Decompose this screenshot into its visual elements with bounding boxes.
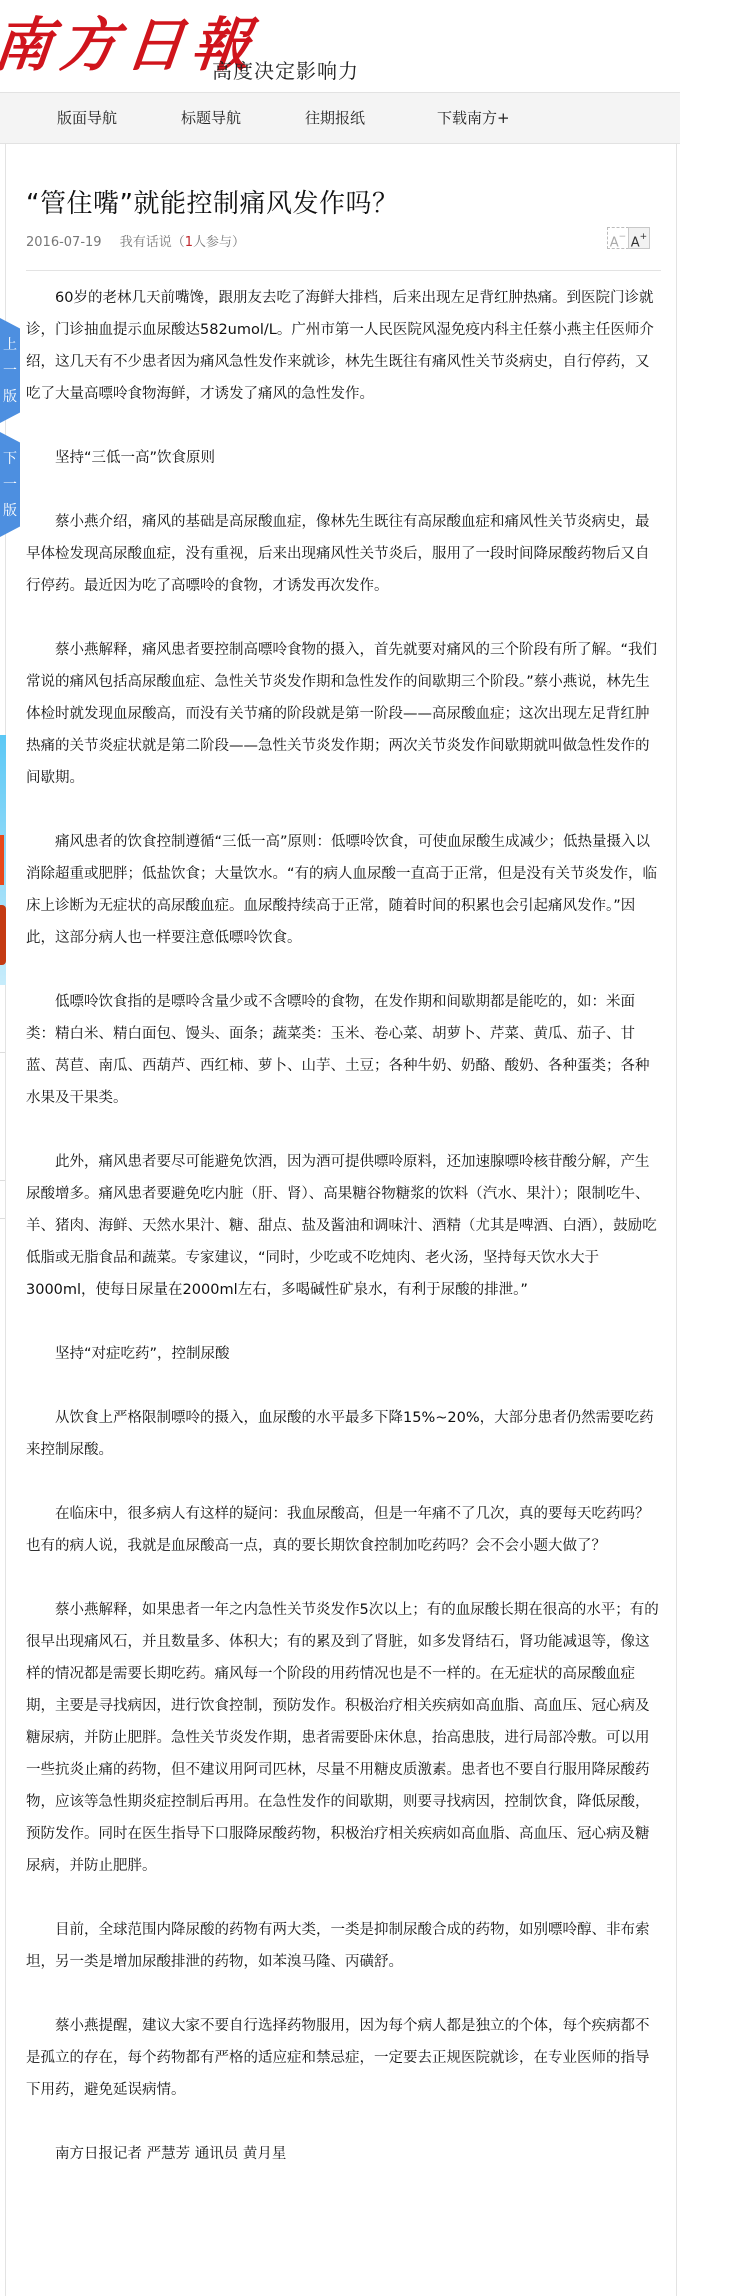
comment-link[interactable]: 我有话说（1人参与）: [120, 235, 245, 250]
minus-icon: −: [619, 232, 627, 242]
plus-icon: +: [640, 232, 648, 242]
nav-past-issues[interactable]: 往期报纸: [305, 107, 365, 128]
paragraph: 此外，痛风患者要尽可能避免饮酒，因为酒可提供嘌呤原料，还加速腺嘌呤核苷酸分解，产…: [26, 1146, 661, 1306]
font-decrease-button[interactable]: A−: [607, 227, 629, 249]
article-title: “管住嘴”就能控制痛风发作吗？: [26, 183, 398, 220]
paragraph: 在临床中，很多病人有这样的疑问：我血尿酸高，但是一年痛不了几次，真的要每天吃药吗…: [26, 1498, 661, 1562]
meta-divider: [26, 270, 661, 271]
next-page-tab[interactable]: 下一版: [0, 432, 20, 537]
font-increase-icon: A: [631, 235, 640, 250]
prev-page-tab[interactable]: 上一版: [0, 318, 20, 423]
ad-decoration: [0, 835, 4, 885]
article-container: “管住嘴”就能控制痛风发作吗？ 2016-07-19 我有话说（1人参与） A−…: [5, 144, 677, 2296]
nav-page-navigation[interactable]: 版面导航: [57, 107, 117, 128]
section-heading: 坚持“对症吃药”，控制尿酸: [26, 1338, 661, 1370]
comment-count: 1: [185, 235, 193, 250]
paragraph: 痛风患者的饮食控制遵循“三低一高”原则：低嘌呤饮食，可使血尿酸生成减少；低热量摄…: [26, 826, 661, 954]
nav-download-app[interactable]: 下载南方+: [437, 107, 510, 128]
comment-suffix: 人参与）: [193, 235, 245, 250]
side-ad-banner[interactable]: [0, 735, 6, 985]
font-increase-button[interactable]: A+: [628, 227, 650, 249]
byline: 南方日报记者 严慧芳 通讯员 黄月星: [26, 2138, 661, 2170]
site-slogan: 高度决定影响力: [212, 55, 359, 84]
paragraph: 目前，全球范围内降尿酸的药物有两大类，一类是抑制尿酸合成的药物，如别嘌呤醇、非布…: [26, 1914, 661, 1978]
paragraph: 从饮食上严格限制嘌呤的摄入，血尿酸的水平最多下降15%~20%，大部分患者仍然需…: [26, 1402, 661, 1466]
article-body: 60岁的老林几天前嘴馋，跟朋友去吃了海鲜大排档，后来出现左足背红肿热痛。到医院门…: [26, 282, 661, 2202]
site-header: 南方日報 高度决定影响力: [0, 0, 680, 92]
paragraph: 蔡小燕解释，如果患者一年之内急性关节炎发作5次以上；有的血尿酸长期在很高的水平；…: [26, 1594, 661, 1882]
ad-button-shape: [0, 905, 6, 965]
font-decrease-icon: A: [610, 235, 619, 250]
main-nav: 版面导航 标题导航 往期报纸 下载南方+: [0, 92, 680, 144]
next-page-label: 下一版: [3, 446, 17, 524]
prev-page-label: 上一版: [3, 332, 17, 410]
article-meta: 2016-07-19 我有话说（1人参与）: [26, 231, 245, 250]
paragraph: 60岁的老林几天前嘴馋，跟朋友去吃了海鲜大排档，后来出现左足背红肿热痛。到医院门…: [26, 282, 661, 410]
paragraph: 蔡小燕解释，痛风患者要控制高嘌呤食物的摄入，首先就要对痛风的三个阶段有所了解。“…: [26, 634, 661, 794]
paragraph: 蔡小燕介绍，痛风的基础是高尿酸血症，像林先生既往有高尿酸血症和痛风性关节炎病史，…: [26, 506, 661, 602]
article-date: 2016-07-19: [26, 235, 102, 250]
comment-prefix: 我有话说（: [120, 235, 185, 250]
section-heading: 坚持“三低一高”饮食原则: [26, 442, 661, 474]
paragraph: 低嘌呤饮食指的是嘌呤含量少或不含嘌呤的食物，在发作期和间歇期都是能吃的，如：米面…: [26, 986, 661, 1114]
nav-headline-navigation[interactable]: 标题导航: [181, 107, 241, 128]
paragraph: 蔡小燕提醒，建议大家不要自行选择药物服用，因为每个病人都是独立的个体，每个疾病都…: [26, 2010, 661, 2106]
